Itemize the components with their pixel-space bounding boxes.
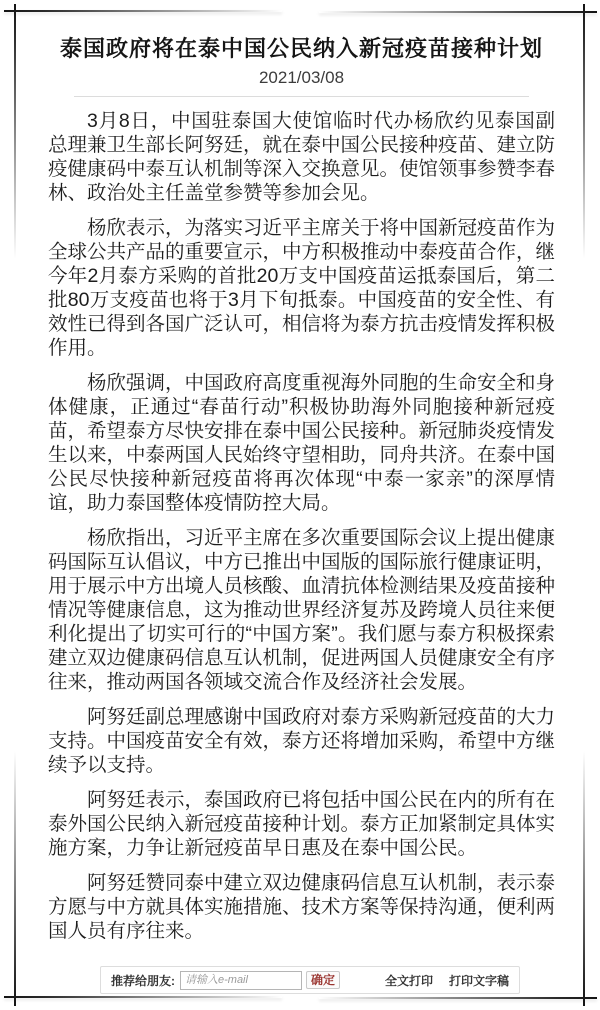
article-paragraph-1: 3月8日，中国驻泰国大使馆临时代办杨欣约见泰国副总理兼卫生部长阿努廷，就在泰中国… [48, 109, 555, 205]
article-paragraph-5: 阿努廷副总理感谢中国政府对泰方采购新冠疫苗的大力支持。中国疫苗安全有效，泰方还将… [48, 705, 555, 777]
article-date: 2021/03/08 [48, 66, 555, 90]
recommend-to-friend-label: 推荐给朋友: [111, 972, 175, 989]
frame-mark-bottom-left-horizontal [4, 996, 282, 998]
frame-mark-top-left-horizontal [4, 10, 282, 12]
confirm-button[interactable]: 确定 [306, 971, 340, 989]
frame-mark-top-left-vertical [14, 4, 16, 259]
article-paragraph-6: 阿努廷表示，泰国政府已将包括中国公民在内的所有在泰外国公民纳入新冠疫苗接种计划。… [48, 788, 555, 860]
frame-mark-top-right-vertical [583, 4, 585, 259]
title-separator [74, 96, 529, 97]
frame-mark-top-right-horizontal [319, 11, 597, 13]
email-input[interactable] [180, 971, 302, 990]
print-full-article-link[interactable]: 全文打印 [385, 972, 433, 989]
article-title: 泰国政府将在泰中国公民纳入新冠疫苗接种计划 [48, 34, 555, 64]
frame-mark-bottom-right-vertical [583, 751, 585, 1006]
article-body: 3月8日，中国驻泰国大使馆临时代办杨欣约见泰国副总理兼卫生部长阿努廷，就在泰中国… [48, 109, 555, 943]
article-paragraph-7: 阿努廷赞同泰中建立双边健康码信息互认机制，表示泰方愿与中方就具体实施措施、技术方… [48, 871, 555, 943]
frame-mark-bottom-left-vertical [14, 751, 16, 1006]
article-page: 泰国政府将在泰中国公民纳入新冠疫苗接种计划 2021/03/08 3月8日，中国… [48, 34, 555, 960]
frame-mark-bottom-right-horizontal [319, 997, 597, 999]
article-paragraph-4: 杨欣指出，习近平主席在多次重要国际会议上提出健康码国际互认倡议，中方已推出中国版… [48, 526, 555, 694]
article-paragraph-3: 杨欣强调，中国政府高度重视海外同胞的生命安全和身体健康，正通过“春苗行动”积极协… [48, 371, 555, 515]
print-transcript-link[interactable]: 打印文字稿 [449, 972, 509, 989]
footer-toolbar: 推荐给朋友: 确定 全文打印 打印文字稿 [100, 966, 520, 994]
article-paragraph-2: 杨欣表示，为落实习近平主席关于将中国新冠疫苗作为全球公共产品的重要宣示，中方积极… [48, 216, 555, 360]
